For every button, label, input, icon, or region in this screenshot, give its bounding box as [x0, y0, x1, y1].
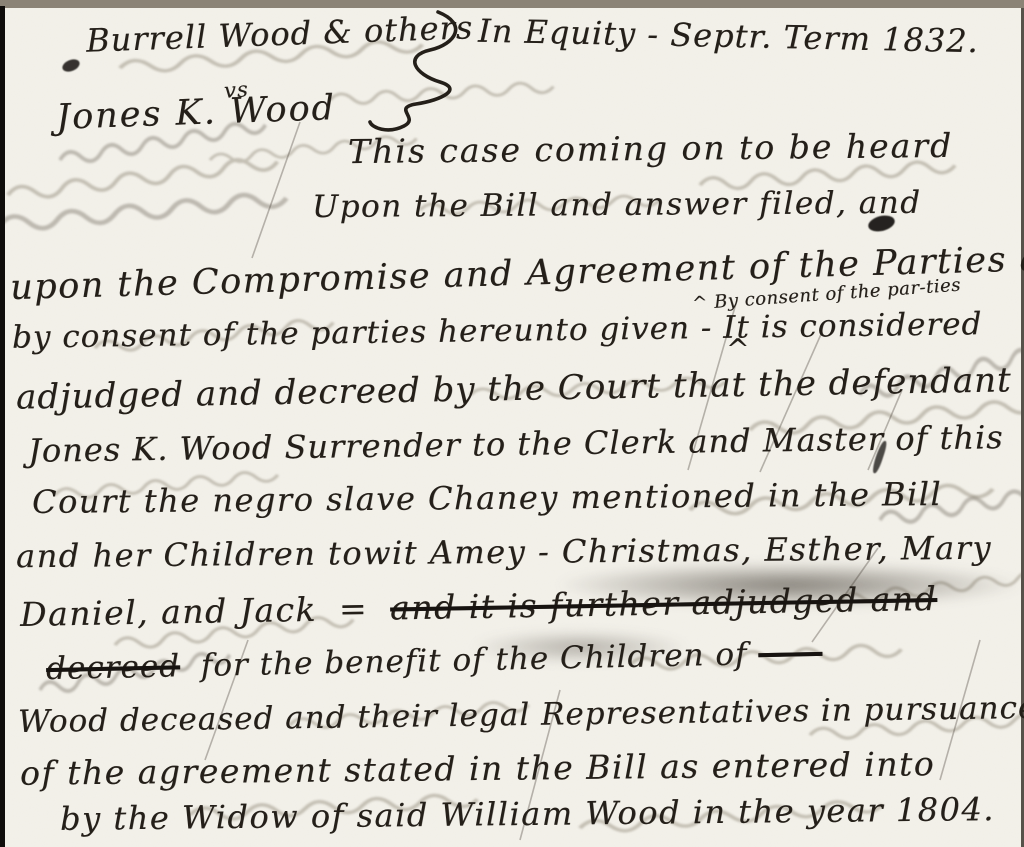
- manuscript-line: of the agreement stated in the Bill as e…: [20, 747, 935, 790]
- struck-text: decreed: [46, 648, 181, 687]
- caret-mark: ^: [726, 336, 750, 364]
- manuscript-line: by the Widow of said William Wood in the…: [60, 793, 995, 835]
- manuscript-page: Burrell Wood & others vs Jones K. Wood I…: [0, 0, 1024, 847]
- manuscript-line: and her Children towit Amey - Christmas,…: [16, 532, 992, 573]
- separator-mark: =: [339, 589, 369, 629]
- caption-term: In Equity - Septr. Term 1832.: [478, 15, 979, 57]
- manuscript-line: Court the negro slave Chaney mentioned i…: [32, 478, 942, 518]
- manuscript-line: Upon the Bill and answer filed, and: [312, 188, 922, 223]
- manuscript-line: This case coming on to be heard: [348, 129, 953, 168]
- line-plain-text: Daniel, and Jack: [20, 590, 318, 634]
- struck-text: ——: [758, 635, 823, 672]
